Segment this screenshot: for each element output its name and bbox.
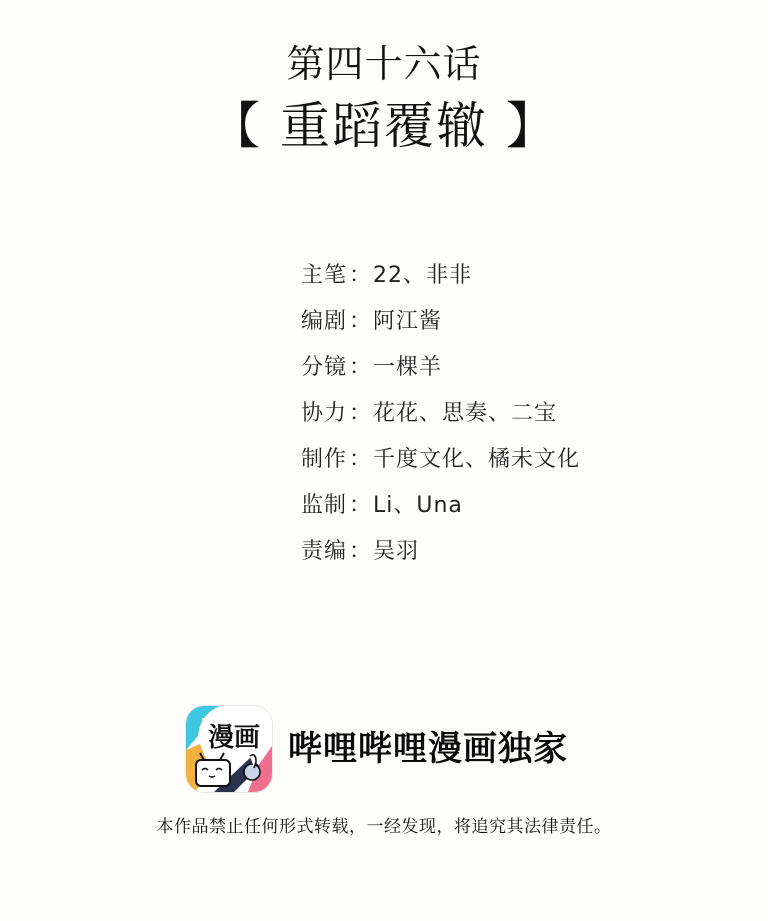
credit-role: 责编: [301, 534, 347, 565]
credit-names: 阿江酱: [373, 304, 442, 335]
credit-row-assistants: 协力 ： 花花、思奏、二宝: [301, 388, 580, 434]
credit-row-supervisor: 监制 ： Li、Una: [301, 480, 580, 526]
credit-names: 吴羽: [373, 534, 419, 565]
chapter-title: 【 重蹈覆辙 】: [0, 95, 768, 157]
credit-colon: ：: [347, 442, 373, 473]
credit-names: 一棵羊: [373, 350, 442, 381]
credit-role: 监制: [301, 488, 347, 519]
credit-names: Li、Una: [373, 488, 463, 519]
app-icon-text: 漫画: [208, 723, 260, 753]
brand-lockup: 漫画 哔哩哔哩漫画独家: [186, 706, 568, 792]
brand-tagline: 哔哩哔哩漫画独家: [288, 727, 568, 771]
credit-row-lead-artist: 主笔 ： 22、非非: [301, 250, 580, 296]
credit-names: 千度文化、橘未文化: [373, 442, 580, 473]
bilibili-manga-app-icon: 漫画: [186, 706, 272, 792]
credit-colon: ：: [347, 258, 373, 289]
credit-role: 主笔: [301, 258, 347, 289]
credits-list: 主笔 ： 22、非非 编剧 ： 阿江酱 分镜 ： 一棵羊 协力 ： 花花、思奏、…: [301, 250, 580, 572]
credit-colon: ：: [347, 350, 373, 381]
chapter-number: 第四十六话: [0, 40, 768, 88]
credit-role: 协力: [301, 396, 347, 427]
credit-colon: ：: [347, 488, 373, 519]
credit-role: 编剧: [301, 304, 347, 335]
credit-row-screenwriter: 编剧 ： 阿江酱: [301, 296, 580, 342]
credit-role: 分镜: [301, 350, 347, 381]
credit-row-storyboard: 分镜 ： 一棵羊: [301, 342, 580, 388]
credit-role: 制作: [301, 442, 347, 473]
credit-colon: ：: [347, 304, 373, 335]
credit-colon: ：: [347, 396, 373, 427]
credit-row-editor: 责编 ： 吴羽: [301, 526, 580, 572]
copyright-notice: 本作品禁止任何形式转载，一经发现，将追究其法律责任。: [0, 812, 768, 837]
credit-names: 花花、思奏、二宝: [373, 396, 557, 427]
credit-row-production: 制作 ： 千度文化、橘未文化: [301, 434, 580, 480]
credit-names: 22、非非: [373, 258, 472, 289]
credit-colon: ：: [347, 534, 373, 565]
